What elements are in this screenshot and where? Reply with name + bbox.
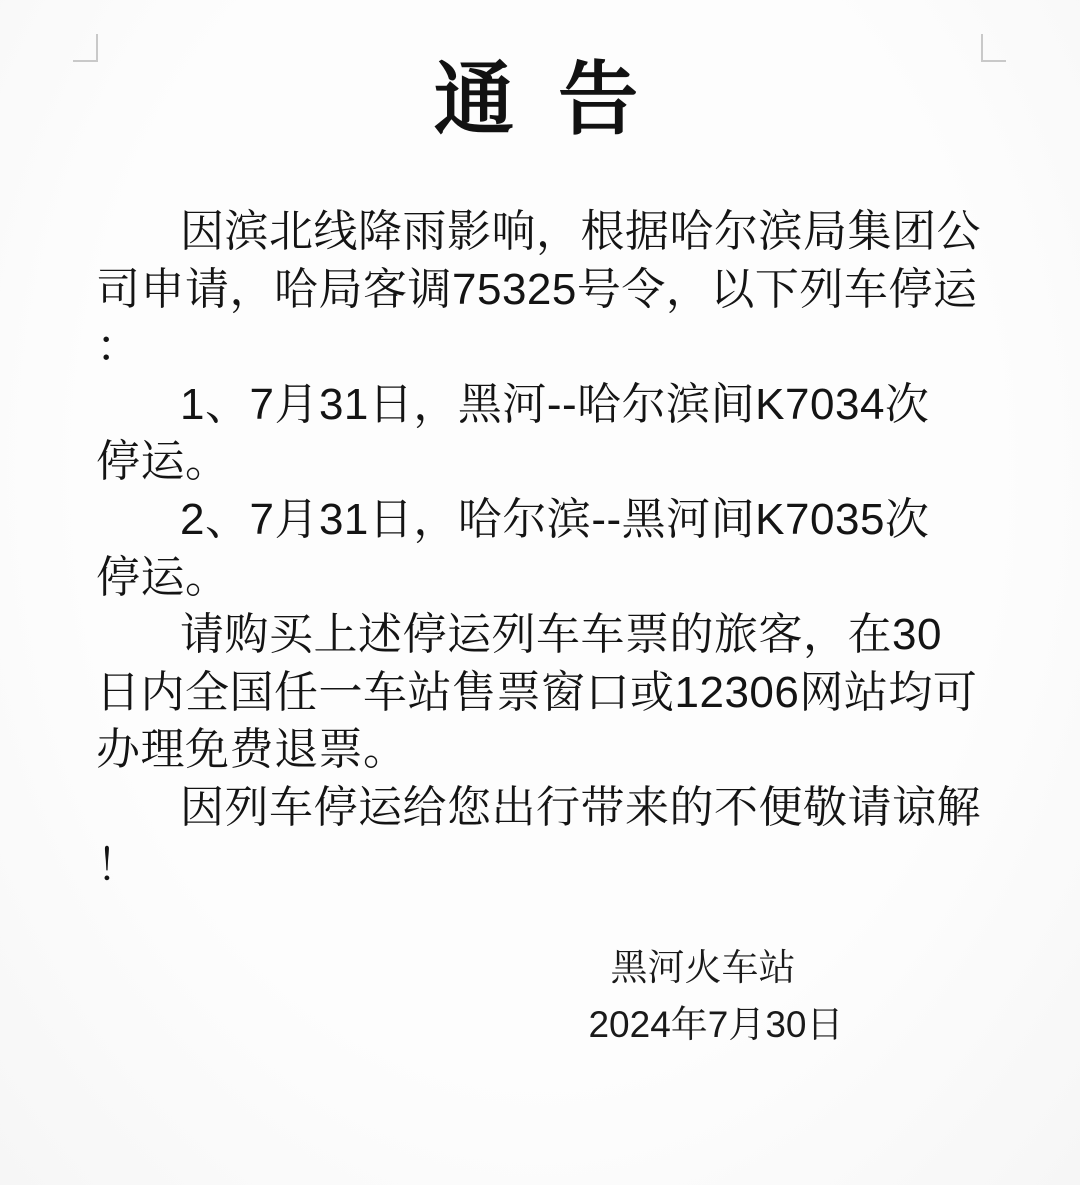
body-line: 因列车停运给您出行带来的不便敬请谅解 <box>96 779 986 837</box>
notice-body: 因滨北线降雨影响，根据哈尔滨局集团公 司申请，哈局客调75325号令，以下列车停… <box>96 203 986 894</box>
body-line: 因滨北线降雨影响，根据哈尔滨局集团公 <box>96 203 986 261</box>
body-line: 1、7月31日，黑河--哈尔滨间K7034次 <box>96 376 986 434</box>
body-line: 请购买上述停运列车车票的旅客，在30 <box>96 606 986 664</box>
body-line: 停运。 <box>96 433 986 491</box>
body-line: 日内全国任一车站售票窗口或12306网站均可 <box>96 664 986 722</box>
notice-title: 通 告 <box>0 52 1074 148</box>
body-line: 停运。 <box>96 549 986 607</box>
body-line: 2、7月31日，哈尔滨--黑河间K7035次 <box>96 491 986 549</box>
signature-date: 2024年7月30日 <box>540 1003 892 1047</box>
body-line: 办理免费退票。 <box>96 721 986 779</box>
signature-station-name: 黑河火车站 <box>527 946 879 990</box>
notice-page: 通 告 因滨北线降雨影响，根据哈尔滨局集团公 司申请，哈局客调75325号令，以… <box>0 0 1080 1185</box>
body-line: ： <box>96 318 986 376</box>
body-line: ！ <box>96 837 986 895</box>
body-line: 司申请，哈局客调75325号令，以下列车停运 <box>96 261 986 319</box>
